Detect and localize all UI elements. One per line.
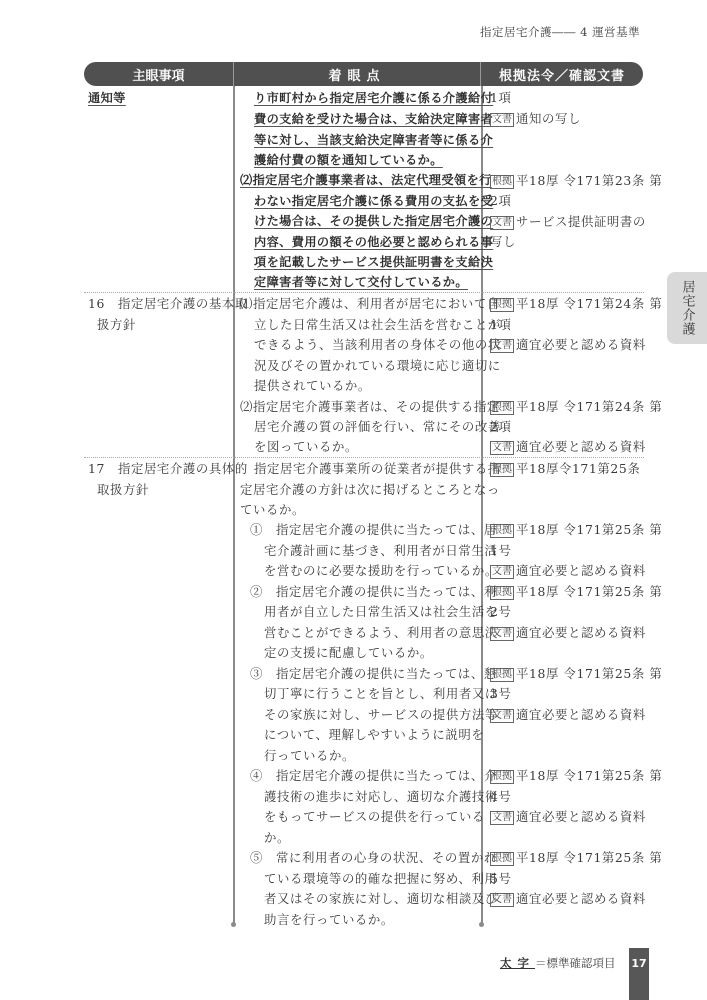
main-item-label: 16 指定居宅介護の基本取 <box>88 294 248 315</box>
main-item-label: 扱方針 <box>97 315 136 336</box>
focus-point-line: 定居宅介護の方針は次に掲げるところとなっ <box>240 480 500 501</box>
ref-line: 文書適宜必要と認める資料 <box>490 705 646 726</box>
ref-line: 文書通知の写し <box>490 109 581 130</box>
ref-line: 4号 <box>490 787 511 808</box>
focus-point-line: 提供されているか。 <box>254 376 371 397</box>
main-item-label: 通知等 <box>88 88 126 109</box>
focus-point-line: 営むことができるよう、利用者の意思決 <box>264 623 498 644</box>
focus-point-line: ⑵指定居宅介護事業者は、その提供する指定 <box>240 397 500 418</box>
table-header: 主眼事項 着眼点 根拠法令／確認文書 <box>84 62 643 86</box>
ref-line: 根拠平18厚 令171第25条 第 <box>490 664 662 685</box>
ref-line: 文書適宜必要と認める資料 <box>490 807 646 828</box>
focus-point-line: 況及びその置かれている環境に応じ適切に <box>254 356 501 377</box>
document-tag: 文書 <box>490 441 514 455</box>
bold-legend: 太字＝標準確認項目 <box>500 955 616 971</box>
basis-tag: 根拠 <box>490 586 514 600</box>
ref-line: 写し <box>490 232 516 253</box>
focus-point-line: ⑵指定居宅介護事業者は、法定代理受領を行 <box>240 170 492 191</box>
basis-tag: 根拠 <box>490 668 514 682</box>
legend-text: ＝標準確認項目 <box>535 956 616 970</box>
main-item-label: 17 指定居宅介護の具体的 <box>88 459 248 480</box>
ref-line: 3号 <box>490 684 511 705</box>
ref-line: 文書サービス提供証明書の <box>490 212 646 233</box>
ref-line: 1項 <box>490 315 511 336</box>
focus-point-line: を図っているか。 <box>254 437 358 458</box>
ref-line: 文書適宜必要と認める資料 <box>490 623 646 644</box>
focus-point-line: 内容、費用の額その他必要と認められる事 <box>254 232 493 253</box>
header-col-main-item: 主眼事項 <box>84 62 233 86</box>
ref-line: 2号 <box>490 602 511 623</box>
document-tag: 文書 <box>490 893 514 907</box>
focus-point-line: ① 指定居宅介護の提供に当たっては、居 <box>250 520 497 541</box>
section-tab-label: 居宅介護 <box>678 280 697 336</box>
ref-line: 文書適宜必要と認める資料 <box>490 561 646 582</box>
document-tag: 文書 <box>490 216 514 230</box>
focus-point-line: 定の支援に配慮しているか。 <box>264 643 433 664</box>
basis-tag: 根拠 <box>490 401 514 415</box>
main-item-label: 取扱方針 <box>97 480 149 501</box>
document-tag: 文書 <box>490 811 514 825</box>
basis-tag: 根拠 <box>490 463 514 477</box>
ref-line: 2項 <box>490 417 511 438</box>
focus-point-line: をもってサービスの提供を行っている <box>264 807 485 828</box>
ref-line: 5号 <box>490 869 511 890</box>
basis-tag: 根拠 <box>490 770 514 784</box>
focus-point-line: 項を記載したサービス提供証明書を支給決 <box>254 252 493 273</box>
focus-point-line: 指定居宅介護事業所の従業者が提供する指 <box>254 459 501 480</box>
basis-tag: 根拠 <box>490 298 514 312</box>
ref-line: 根拠平18厚 令171第25条 第 <box>490 520 662 541</box>
focus-point-line: 定障害者等に対して交付しているか。 <box>254 272 468 293</box>
focus-point-line: 護技術の進歩に対応し、適切な介護技術 <box>264 787 498 808</box>
focus-point-line: 宅介護計画に基づき、利用者が日常生活 <box>264 541 497 562</box>
focus-point-line: 者又はその家族に対し、適切な相談及び <box>264 889 498 910</box>
focus-point-line: り市町村から指定居宅介護に係る介護給付 <box>254 88 493 109</box>
basis-tag: 根拠 <box>490 175 514 189</box>
focus-point-line: 行っているか。 <box>264 746 355 767</box>
focus-point-line: ているか。 <box>240 500 305 521</box>
document-tag: 文書 <box>490 339 514 353</box>
focus-point-line: 費の支給を受けた場合は、支給決定障害者 <box>254 109 493 130</box>
ref-line: 根拠平18厚 令171第25条 第 <box>490 582 662 603</box>
document-tag: 文書 <box>490 113 514 127</box>
ref-line: 1項 <box>490 88 511 109</box>
focus-point-line: ③ 指定居宅介護の提供に当たっては、懇 <box>250 664 497 685</box>
focus-point-line: 護給付費の額を通知しているか。 <box>254 150 443 171</box>
section-tab-home-care[interactable]: 居宅介護 <box>667 272 707 344</box>
focus-point-line: けた場合は、その提供した指定居宅介護の <box>254 211 493 232</box>
ref-line: 2項 <box>490 191 511 212</box>
focus-point-line: 等に対し、当該支給決定障害者等に係る介 <box>254 130 493 151</box>
legend-key: 太字 <box>500 956 535 970</box>
header-col-legal-basis: 根拠法令／確認文書 <box>481 62 643 86</box>
ref-line: 根拠平18厚 令171第23条 第 <box>490 171 662 192</box>
header-col-focus-points: 着眼点 <box>233 62 481 86</box>
focus-point-line: ている環境等の的確な把握に努め、利用 <box>264 869 497 890</box>
ref-line: 文書適宜必要と認める資料 <box>490 437 646 458</box>
ref-line: 文書適宜必要と認める資料 <box>490 889 646 910</box>
focus-point-line: か。 <box>264 828 290 849</box>
basis-tag: 根拠 <box>490 524 514 538</box>
focus-point-line: ⑴指定居宅介護は、利用者が居宅において自 <box>240 294 500 315</box>
focus-point-line: ⑤ 常に利用者の心身の状況、その置かれ <box>250 848 497 869</box>
running-head: 指定居宅介護―― 4 運営基準 <box>480 24 640 40</box>
document-tag: 文書 <box>490 627 514 641</box>
focus-point-line: 用者が自立した日常生活又は社会生活を <box>264 602 498 623</box>
focus-point-line: について、理解しやすいように説明を <box>264 725 484 746</box>
document-tag: 文書 <box>490 565 514 579</box>
focus-point-line: 居宅介護の質の評価を行い、常にその改善 <box>254 417 501 438</box>
ref-line: 根拠平18厚 令171第24条 第 <box>490 397 662 418</box>
focus-point-line: ② 指定居宅介護の提供に当たっては、利 <box>250 582 497 603</box>
ref-line: 根拠平18厚 令171第25条 第 <box>490 848 662 869</box>
focus-point-line: できるよう、当該利用者の身体その他の状 <box>254 335 501 356</box>
basis-tag: 根拠 <box>490 852 514 866</box>
focus-point-line: 助言を行っているか。 <box>264 910 394 931</box>
ref-line: 文書適宜必要と認める資料 <box>490 335 646 356</box>
focus-point-line: ④ 指定居宅介護の提供に当たっては、介 <box>250 766 497 787</box>
page-number: 17 <box>629 948 649 1000</box>
column-divider-1 <box>233 86 235 924</box>
ref-line: 根拠平18厚 令171第25条 第 <box>490 766 662 787</box>
focus-point-line: を営むのに必要な援助を行っているか。 <box>264 561 498 582</box>
focus-point-line: 立した日常生活又は社会生活を営むことが <box>254 315 501 336</box>
column-divider-1-end <box>231 922 236 927</box>
focus-point-line: その家族に対し、サービスの提供方法等 <box>264 705 498 726</box>
focus-point-line: わない指定居宅介護に係る費用の支払を受 <box>254 191 493 212</box>
ref-line: 根拠平18厚令171第25条 <box>490 459 640 480</box>
document-tag: 文書 <box>490 709 514 723</box>
column-divider-2-end <box>479 922 484 927</box>
focus-point-line: 切丁寧に行うことを旨とし、利用者又は <box>264 684 498 705</box>
ref-line: 1号 <box>490 541 511 562</box>
ref-line: 根拠平18厚 令171第24条 第 <box>490 294 662 315</box>
